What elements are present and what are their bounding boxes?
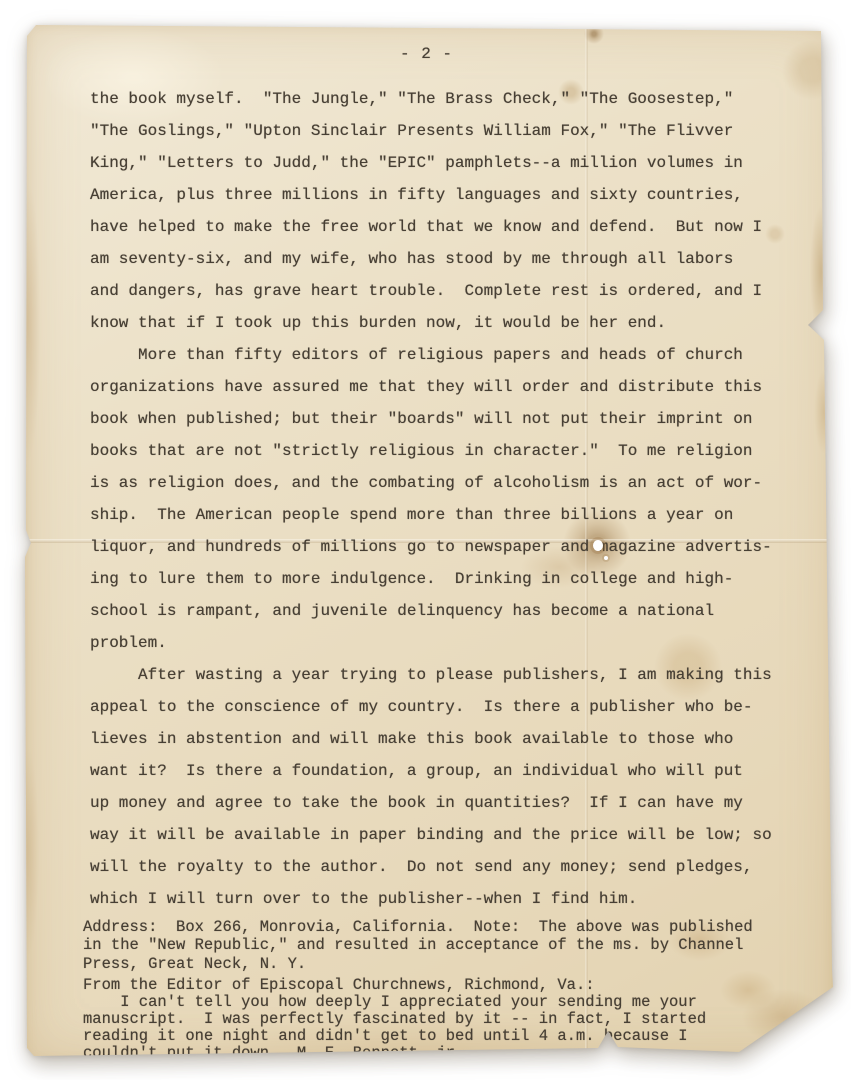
text-line: Address: Box 266, Monrovia, California. … <box>83 918 753 936</box>
letter-body: the book myself. "The Jungle," "The Bras… <box>90 83 772 915</box>
text-line: know that if I took up this burden now, … <box>90 307 772 339</box>
text-line: liquor, and hundreds of millions go to n… <box>90 531 772 563</box>
page-number: - 2 - <box>400 45 453 63</box>
text-line: manuscript. I was perfectly fascinated b… <box>83 1011 706 1028</box>
text-line: way it will be available in paper bindin… <box>90 819 772 851</box>
text-line: want it? Is there a foundation, a group,… <box>90 755 772 787</box>
sheet-shadow: - 2 - the book myself. "The Jungle," "Th… <box>0 0 851 1080</box>
paper-hole <box>593 540 603 551</box>
text-line: King," "Letters to Judd," the "EPIC" pam… <box>90 147 772 179</box>
text-line: I can't tell you how deeply I appreciate… <box>83 994 706 1011</box>
text-line: reading it one night and didn't get to b… <box>83 1028 706 1045</box>
testimonial-block: From the Editor of Episcopal Churchnews,… <box>83 977 706 1062</box>
text-line: is as religion does, and the combating o… <box>90 467 772 499</box>
text-line: ship. The American people spend more tha… <box>90 499 772 531</box>
text-line: From the Editor of Episcopal Churchnews,… <box>83 977 706 994</box>
text-line: book when published; but their "boards" … <box>90 403 772 435</box>
text-line: problem. <box>90 627 772 659</box>
text-line: will the royalty to the author. Do not s… <box>90 851 772 883</box>
text-line: After wasting a year trying to please pu… <box>90 659 772 691</box>
text-line: in the "New Republic," and resulted in a… <box>83 936 753 954</box>
text-line: school is rampant, and juvenile delinque… <box>90 595 772 627</box>
text-line: books that are not "strictly religious i… <box>90 435 772 467</box>
text-line: ing to lure them to more indulgence. Dri… <box>90 563 772 595</box>
text-line: Press, Great Neck, N. Y. <box>83 955 753 973</box>
letter-sheet: - 2 - the book myself. "The Jungle," "Th… <box>24 22 836 1064</box>
address-note-block: Address: Box 266, Monrovia, California. … <box>83 918 753 973</box>
text-line: which I will turn over to the publisher-… <box>90 883 772 915</box>
text-line: appeal to the conscience of my country. … <box>90 691 772 723</box>
text-line: and dangers, has grave heart trouble. Co… <box>90 275 772 307</box>
text-line: America, plus three millions in fifty la… <box>90 179 772 211</box>
text-line: am seventy-six, and my wife, who has sto… <box>90 243 772 275</box>
text-line: have helped to make the free world that … <box>90 211 772 243</box>
paper-hole-small <box>604 556 608 560</box>
text-line: "The Goslings," "Upton Sinclair Presents… <box>90 115 772 147</box>
text-line: couldn't put it down. M. E. Bennett, jr. <box>83 1045 706 1062</box>
text-line: lieves in abstention and will make this … <box>90 723 772 755</box>
text-line: organizations have assured me that they … <box>90 371 772 403</box>
scan-background: - 2 - the book myself. "The Jungle," "Th… <box>0 0 851 1080</box>
text-line: up money and agree to take the book in q… <box>90 787 772 819</box>
text-line: the book myself. "The Jungle," "The Bras… <box>90 83 772 115</box>
text-line: More than fifty editors of religious pap… <box>90 339 772 371</box>
